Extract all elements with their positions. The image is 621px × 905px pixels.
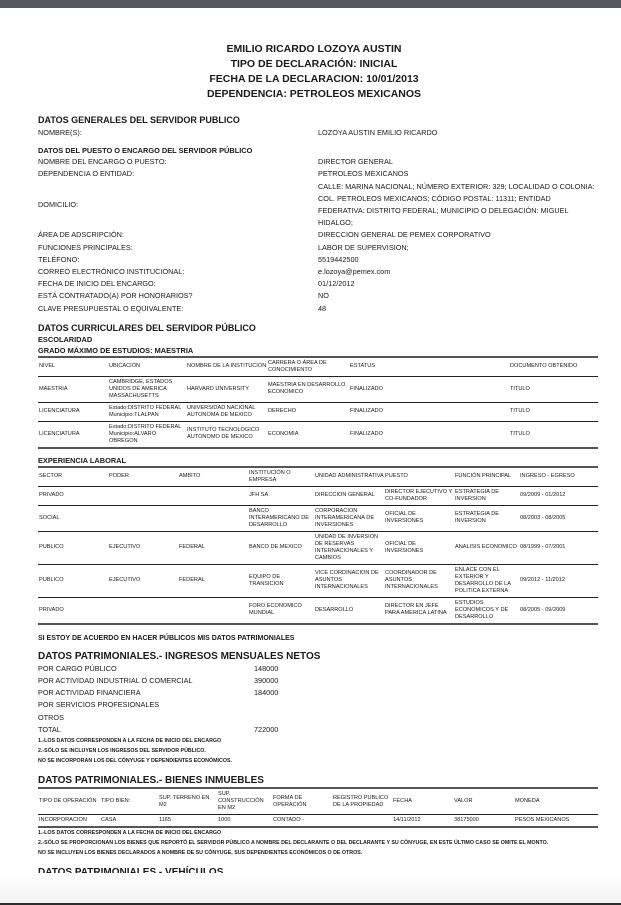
column-header: REGISTRO PUBLICO DE LA PROPIEDAD xyxy=(332,788,392,815)
field-label: DEPENDENCIA O ENTIDAD: xyxy=(38,168,318,180)
column-header: SUP. CONSTRUCCIÓN EN M2 xyxy=(217,788,272,815)
table-cell: INSTITUTO TECNOLOGICO AUTONOMO DE MEXICO xyxy=(186,421,267,448)
column-header: NOMBRE DE LA INSTITUCIÓN xyxy=(186,357,267,377)
table-cell: FORO ECONOMICO MUNDIAL xyxy=(248,597,314,624)
highest-degree: GRADO MÁXIMO DE ESTUDIOS: MAESTRIA xyxy=(38,345,598,356)
table-cell: 08/2005 - 09/2009 xyxy=(519,597,598,624)
table-cell: 38175000 xyxy=(453,815,514,828)
table-cell: ANALISIS ECONOMICO xyxy=(454,531,519,564)
table-cell: HARVARD UNIVERSITY xyxy=(186,376,267,402)
table-cell: CONTADO - xyxy=(272,815,332,828)
income-row: TOTAL722000 xyxy=(38,724,598,736)
table-cell: EJECUTIVO xyxy=(108,531,178,564)
table-cell: EJECUTIVO xyxy=(108,564,178,597)
table-row: PUBLICOEJECUTIVOFEDERALBANCO DE MEXICOUN… xyxy=(38,531,598,564)
field-value: NO xyxy=(318,290,598,302)
income-label: TOTAL xyxy=(38,724,254,736)
table-cell: LICENCIATURA xyxy=(38,402,108,421)
footnote: 2.-SÓLO SE PROPORCIONAN LOS BIENES QUE R… xyxy=(38,839,598,847)
income-list: POR CARGO PÚBLICO148000POR ACTIVIDAD IND… xyxy=(38,663,598,736)
income-label: POR ACTIVIDAD INDUSTRIAL O COMERCIAL xyxy=(38,675,254,687)
table-cell: DIRECTOR EN JEFE PARA AMERICA LATINA xyxy=(384,597,454,624)
footnote: NO SE INCLUYEN LOS BIENES DECLARADOS A N… xyxy=(38,849,598,857)
declaration-document: EMILIO RICARDO LOZOYA AUSTIN TIPO DE DEC… xyxy=(38,42,598,879)
column-header: PUESTO xyxy=(384,467,454,487)
section-general-data: DATOS GENERALES DEL SERVIDOR PUBLICO xyxy=(38,114,598,126)
column-header: FORMA DE OPERACIÓN xyxy=(272,788,332,815)
table-cell: COORDINADOR DE ASUNTOS INTERNACIONALES xyxy=(384,564,454,597)
field-value: DIRECTOR GENERAL xyxy=(318,156,598,168)
footnote: 2.-SÓLO SE INCLUYEN LOS INGRESOS DEL SER… xyxy=(38,747,598,755)
viewer-toolbar xyxy=(0,0,621,8)
field-value: e.lozoya@pemex.com xyxy=(318,266,598,278)
income-label: OTROS xyxy=(38,712,254,724)
column-header: UNIDAD ADMINISTRATIVA xyxy=(314,467,384,487)
column-header: INGRESO - EGRESO xyxy=(519,467,598,487)
table-cell: ECONOMIA xyxy=(267,421,349,448)
real-estate-notes: 1.-LOS DATOS CORRESPONDEN A LA FECHA DE … xyxy=(38,829,598,857)
declarant-name: EMILIO RICARDO LOZOYA AUSTIN xyxy=(30,42,598,57)
real-estate-table: TIPO DE OPERACIÓNTIPO BIEN:SUP. TERRENO … xyxy=(38,787,598,828)
table-cell: CAMBRIDGE, ESTADOS UNIDOS DE AMERICA MAS… xyxy=(108,376,186,402)
column-header: MONEDA xyxy=(514,788,598,815)
position-field-row: CLAVE PRESUPUESTAL O EQUIVALENTE:48 xyxy=(38,303,598,315)
position-fields: NOMBRE DEL ENCARGO O PUESTO:DIRECTOR GEN… xyxy=(38,156,598,315)
column-header: FECHA xyxy=(392,788,453,815)
table-cell: CASA xyxy=(100,815,158,828)
table-cell: FEDERAL xyxy=(178,564,248,597)
table-cell: FINALIZADO xyxy=(349,402,509,421)
column-header: DOCUMENTO OBTENIDO xyxy=(509,357,598,377)
table-cell: EQUIPO DE TRANSICION xyxy=(248,564,314,597)
field-label: TELÉFONO: xyxy=(38,254,318,266)
table-cell: TITULO xyxy=(509,421,598,448)
schooling-label: ESCOLARIDAD xyxy=(38,334,598,345)
section-monthly-income: DATOS PATRIMONIALES.- INGRESOS MENSUALES… xyxy=(38,651,598,663)
table-cell: FINALIZADO xyxy=(349,421,509,448)
income-label: POR SERVICIOS PROFESIONALES xyxy=(38,699,254,711)
table-cell: Estado:DISTRITO FEDERAL Municipio:TLALPA… xyxy=(108,402,186,421)
table-cell: MAESTRIA xyxy=(38,376,108,402)
income-value: 722000 xyxy=(254,724,278,736)
name-label: NOMBRE(S): xyxy=(38,127,318,139)
position-field-row: DEPENDENCIA O ENTIDAD:PETROLEOS MEXICANO… xyxy=(38,168,598,180)
table-cell: OFICIAL DE INVERSIONES xyxy=(384,531,454,564)
column-header: PODER xyxy=(108,467,178,487)
position-field-row: FECHA DE INICIO DEL ENCARGO:01/12/2012 xyxy=(38,278,598,290)
table-cell: PESOS MEXICANOS xyxy=(514,815,598,828)
income-row: POR ACTIVIDAD FINANCIERA184000 xyxy=(38,687,598,699)
table-cell: DERECHO xyxy=(267,402,349,421)
column-header: SUP. TERRENO EN M2 xyxy=(158,788,217,815)
table-cell: Estado:DISTRITO FEDERAL Municipio:ALVARO… xyxy=(108,421,186,448)
income-row: POR SERVICIOS PROFESIONALES xyxy=(38,699,598,711)
field-label: DOMICILIO: xyxy=(38,181,318,230)
income-row: POR CARGO PÚBLICO148000 xyxy=(38,663,598,675)
section-position: DATOS DEL PUESTO O ENCARGO DEL SERVIDOR … xyxy=(38,145,598,156)
table-cell: 08/2003 - 08/2005 xyxy=(519,505,598,531)
table-row: INCORPORACIONCASA11651000CONTADO -14/11/… xyxy=(38,815,598,828)
table-cell: VICE CORDINACION DE ASUNTOS INTERNACIONA… xyxy=(314,564,384,597)
field-value: CALLE: MARINA NACIONAL; NÚMERO EXTERIOR:… xyxy=(318,181,598,230)
table-cell: SOCIAL xyxy=(38,505,108,531)
column-header: AMBITO xyxy=(178,467,248,487)
footnote: NO SE INCORPORAN LOS DEL CÓNYUGE Y DEPEN… xyxy=(38,757,598,765)
table-cell: CORPORACION INTERAMERICANA DE INVERSIONE… xyxy=(314,505,384,531)
table-cell: MAESTRIA EN DESARROLLO ECONOMICO xyxy=(267,376,349,402)
table-row: SOCIALBANCO INTERAMERICANO DE DESARROLLO… xyxy=(38,505,598,531)
field-value: 5519442500 xyxy=(318,254,598,266)
income-row: OTROS xyxy=(38,712,598,724)
table-cell: 08/1999 - 07/2001 xyxy=(519,531,598,564)
table-cell: TITULO xyxy=(509,376,598,402)
table-cell: UNIDAD DE INVERSION DE RESERVAS INTERNAC… xyxy=(314,531,384,564)
table-row: MAESTRIACAMBRIDGE, ESTADOS UNIDOS DE AME… xyxy=(38,376,598,402)
name-row: NOMBRE(S): LOZOYA AUSTIN EMILIO RICARDO xyxy=(38,127,598,139)
income-label: POR ACTIVIDAD FINANCIERA xyxy=(38,687,254,699)
table-cell: LICENCIATURA xyxy=(38,421,108,448)
table-cell: DIRECCION GENERAL xyxy=(314,486,384,505)
table-cell: FINALIZADO xyxy=(349,376,509,402)
table-cell xyxy=(108,505,178,531)
column-header: SECTOR xyxy=(38,467,108,487)
table-row: PRIVADOFORO ECONOMICO MUNDIALDESARROLLOD… xyxy=(38,597,598,624)
table-cell: 14/11/2012 xyxy=(392,815,453,828)
table-cell: DESARROLLO xyxy=(314,597,384,624)
table-cell: 1000 xyxy=(217,815,272,828)
field-label: NOMBRE DEL ENCARGO O PUESTO: xyxy=(38,156,318,168)
table-row: LICENCIATURAEstado:DISTRITO FEDERAL Muni… xyxy=(38,402,598,421)
field-value: 01/12/2012 xyxy=(318,278,598,290)
table-cell: PUBLICO xyxy=(38,531,108,564)
position-field-row: ÁREA DE ADSCRIPCIÓN:DIRECCION GENERAL DE… xyxy=(38,229,598,241)
column-header: TIPO DE OPERACIÓN xyxy=(38,788,100,815)
table-row: PUBLICOEJECUTIVOFEDERALEQUIPO DE TRANSIC… xyxy=(38,564,598,597)
position-field-row: CORREO ELECTRÓNICO INSTITUCIONAL:e.lozoy… xyxy=(38,266,598,278)
consent-statement: SI ESTOY DE ACUERDO EN HACER PÚBLICOS MI… xyxy=(38,635,598,642)
footnote: 1.-LOS DATOS CORRESPONDEN A LA FECHA DE … xyxy=(38,737,598,745)
page-shadow xyxy=(0,873,621,903)
table-cell: 09/2009 - 01/2012 xyxy=(519,486,598,505)
table-cell: UNIVERSIDAD NACIONAL AUTONOMA DE MEXICO xyxy=(186,402,267,421)
field-value: DIRECCION GENERAL DE PEMEX CORPORATIVO xyxy=(318,229,598,241)
table-cell: ESTUDIOS ECONOMICOS Y DE DESARROLLO xyxy=(454,597,519,624)
income-value: 390000 xyxy=(254,675,278,687)
table-cell: PRIVADO xyxy=(38,597,108,624)
table-cell: JFH SA xyxy=(248,486,314,505)
document-header: EMILIO RICARDO LOZOYA AUSTIN TIPO DE DEC… xyxy=(30,42,598,102)
column-header: VALOR xyxy=(453,788,514,815)
work-experience-table: SECTORPODERAMBITOINSTITUCIÓN O EMPRESAUN… xyxy=(38,466,598,625)
table-cell xyxy=(178,505,248,531)
field-label: ÁREA DE ADSCRIPCIÓN: xyxy=(38,229,318,241)
column-header: UBICACIÓN xyxy=(108,357,186,377)
table-cell xyxy=(178,597,248,624)
position-field-row: TELÉFONO:5519442500 xyxy=(38,254,598,266)
table-cell: INCORPORACION xyxy=(38,815,100,828)
table-cell: ESTRATEGIA DE INVERSION xyxy=(454,505,519,531)
declaration-type: TIPO DE DECLARACIÓN: INICIAL xyxy=(30,57,598,72)
column-header: TIPO BIEN: xyxy=(100,788,158,815)
table-cell: ESTRATEGIA DE INVERSION xyxy=(454,486,519,505)
column-header: CARRERA O ÁREA DE CONOCIMIENTO xyxy=(267,357,349,377)
table-row: PRIVADOJFH SADIRECCION GENERALDIRECTOR E… xyxy=(38,486,598,505)
name-value: LOZOYA AUSTIN EMILIO RICARDO xyxy=(318,127,598,139)
income-value: 148000 xyxy=(254,663,278,675)
field-value: PETROLEOS MEXICANOS xyxy=(318,168,598,180)
footnote: 1.-LOS DATOS CORRESPONDEN A LA FECHA DE … xyxy=(38,829,598,837)
declaration-date: FECHA DE LA DECLARACION: 10/01/2013 xyxy=(30,72,598,87)
table-cell: ENLACE CON EL EXTERIOR Y DESARROLLO DE L… xyxy=(454,564,519,597)
column-header: ESTATUS xyxy=(349,357,509,377)
field-value: 48 xyxy=(318,303,598,315)
position-field-row: DOMICILIO:CALLE: MARINA NACIONAL; NÚMERO… xyxy=(38,181,598,230)
table-row: LICENCIATURAEstado:DISTRITO FEDERAL Muni… xyxy=(38,421,598,448)
income-row: POR ACTIVIDAD INDUSTRIAL O COMERCIAL3900… xyxy=(38,675,598,687)
table-cell xyxy=(178,486,248,505)
table-cell: BANCO DE MEXICO xyxy=(248,531,314,564)
table-cell: PUBLICO xyxy=(38,564,108,597)
table-cell: DIRECTOR EJECUTIVO Y CO-FUNDADOR xyxy=(384,486,454,505)
table-cell: FEDERAL xyxy=(178,531,248,564)
section-real-estate: DATOS PATRIMONIALES.- BIENES INMUEBLES xyxy=(38,775,598,787)
field-value: LABOR DE SUPERVISION; xyxy=(318,242,598,254)
table-cell: PRIVADO xyxy=(38,486,108,505)
table-cell: OFICIAL DE INVERSIONES xyxy=(384,505,454,531)
declaration-agency: DEPENDENCIA: PETROLEOS MEXICANOS xyxy=(30,87,598,102)
table-cell xyxy=(108,486,178,505)
table-cell: BANCO INTERAMERICANO DE DESARROLLO xyxy=(248,505,314,531)
table-cell xyxy=(108,597,178,624)
section-work-experience: EXPERIENCIA LABORAL xyxy=(38,455,598,466)
field-label: CLAVE PRESUPUESTAL O EQUIVALENTE: xyxy=(38,303,318,315)
position-field-row: NOMBRE DEL ENCARGO O PUESTO:DIRECTOR GEN… xyxy=(38,156,598,168)
position-field-row: ESTÁ CONTRATADO(A) POR HONORARIOS?NO xyxy=(38,290,598,302)
section-curricular: DATOS CURRICULARES DEL SERVIDOR PÚBLICO xyxy=(38,322,598,334)
table-cell: 1165 xyxy=(158,815,217,828)
income-value: 184000 xyxy=(254,687,278,699)
column-header: FUNCIÓN PRINCIPAL xyxy=(454,467,519,487)
table-cell: 09/2012 - 11/2012 xyxy=(519,564,598,597)
field-label: CORREO ELECTRÓNICO INSTITUCIONAL: xyxy=(38,266,318,278)
education-table: NIVELUBICACIÓNNOMBRE DE LA INSTITUCIÓNCA… xyxy=(38,356,598,449)
table-cell: TITULO xyxy=(509,402,598,421)
position-field-row: FUNCIONES PRINCIPALES:LABOR DE SUPERVISI… xyxy=(38,242,598,254)
field-label: FUNCIONES PRINCIPALES: xyxy=(38,242,318,254)
field-label: ESTÁ CONTRATADO(A) POR HONORARIOS? xyxy=(38,290,318,302)
field-label: FECHA DE INICIO DEL ENCARGO: xyxy=(38,278,318,290)
income-label: POR CARGO PÚBLICO xyxy=(38,663,254,675)
column-header: INSTITUCIÓN O EMPRESA xyxy=(248,467,314,487)
table-cell xyxy=(332,815,392,828)
income-notes: 1.-LOS DATOS CORRESPONDEN A LA FECHA DE … xyxy=(38,737,598,765)
column-header: NIVEL xyxy=(38,357,108,377)
